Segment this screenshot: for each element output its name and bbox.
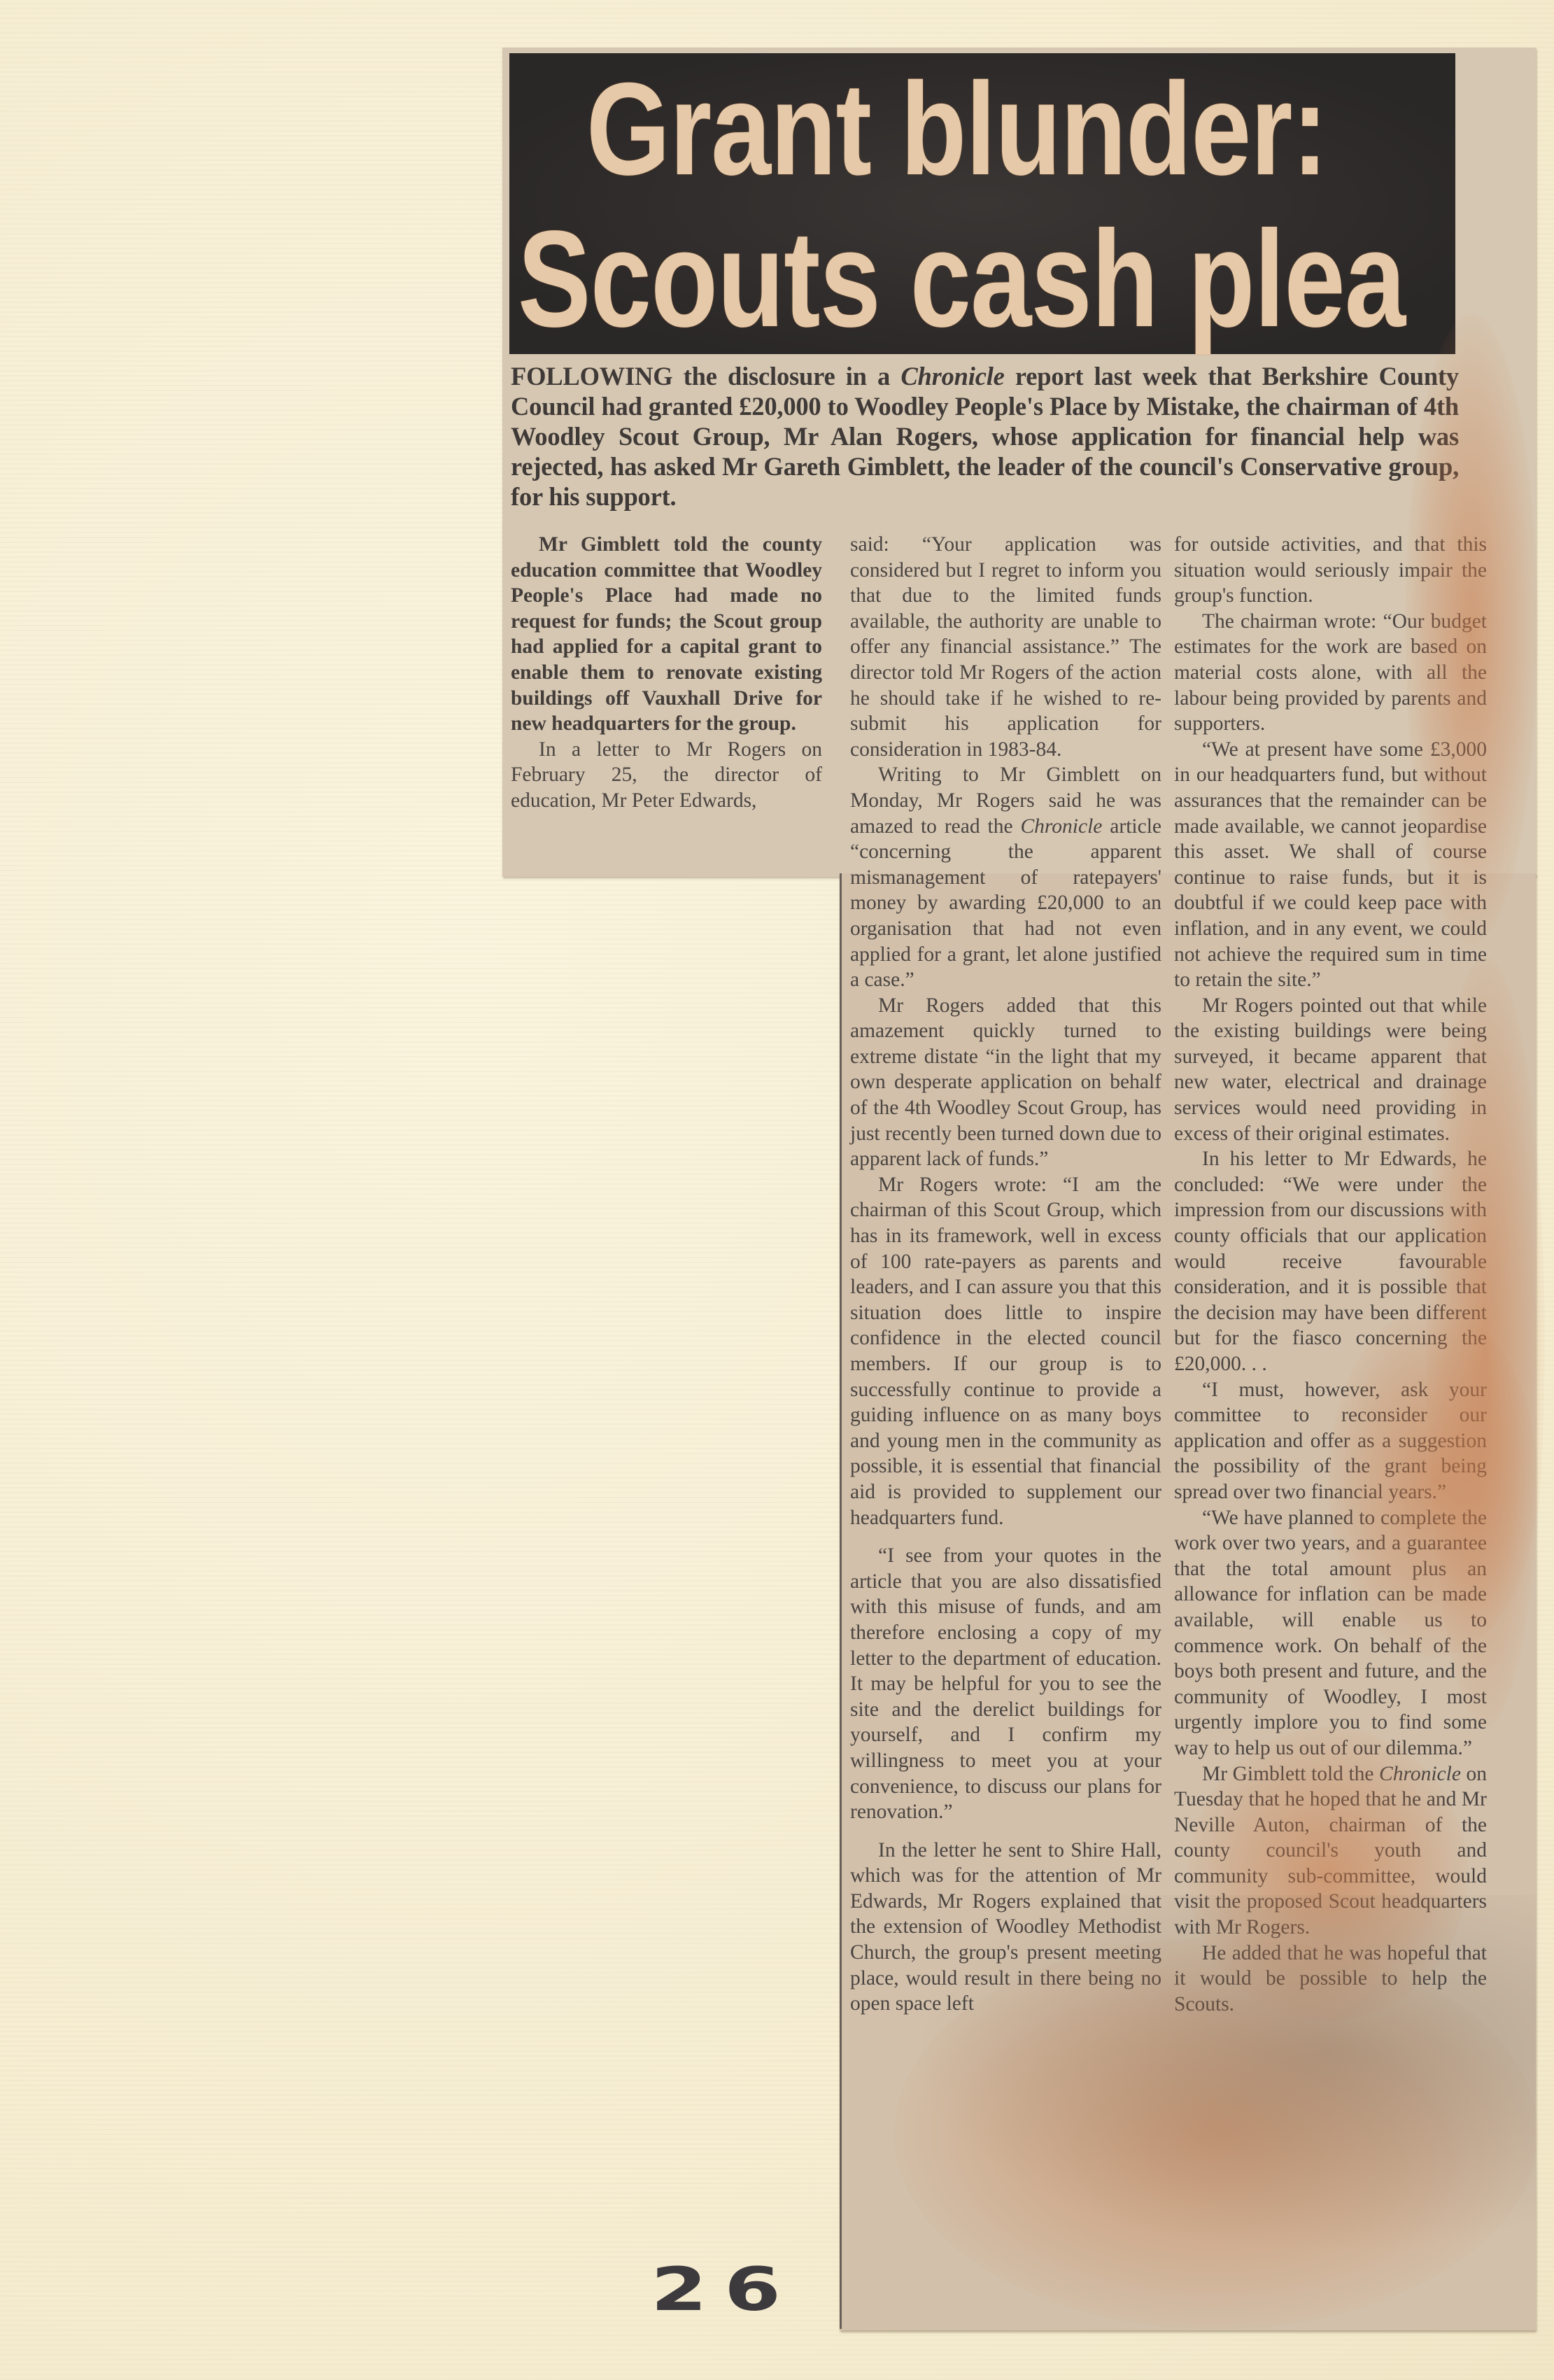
headline-box: Grant blunder: Scouts cash plea [509,53,1455,354]
column-rule [840,873,842,2329]
paragraph: said: “Your application was considered b… [850,532,1161,762]
article-column-1: Mr Gimblett told the county education co… [511,532,822,814]
standfirst-text-a: FOLLOWING the disclosure in a [511,362,900,390]
paragraph: In his letter to Mr Edwards, he conclude… [1174,1146,1487,1376]
article-column-3: for outside activities, and that this si… [1174,532,1487,2017]
paragraph: Mr Gimblett told the county education co… [511,532,822,737]
paragraph-text: Mr Gimblett told the [1202,1763,1379,1785]
paragraph: He added that he was hopeful that it wou… [1174,1941,1487,2018]
standfirst: FOLLOWING the disclosure in a Chronicle … [511,361,1459,512]
paragraph: Mr Rogers pointed out that while the exi… [1174,993,1487,1147]
publication-name: Chronicle [1379,1763,1461,1785]
publication-name: Chronicle [1020,815,1102,838]
paragraph: Mr Rogers wrote: “I am the chairman of t… [850,1172,1161,1530]
headline-line-1: Grant blunder: [586,59,1362,199]
page-number: 26 [651,2255,798,2325]
paragraph: The chairman wrote: “Our budget estimate… [1174,609,1487,737]
paragraph: In a letter to Mr Rogers on February 25,… [511,737,822,814]
paragraph: “I must, however, ask your committee to … [1174,1377,1487,1505]
paragraph: Mr Gimblett told the Chronicle on Tuesda… [1174,1761,1487,1941]
article-column-2: said: “Your application was considered b… [850,532,1161,2017]
paragraph-text: on Tuesday that he hoped that he and Mr … [1174,1763,1487,1939]
standfirst-publication-name: Chronicle [900,362,1004,390]
paragraph: Mr Rogers added that this amazement quic… [850,993,1161,1172]
headline-line-2: Scouts cash plea [518,207,1275,351]
paragraph: for outside activities, and that this si… [1174,532,1487,609]
paragraph: “I see from your quotes in the article t… [850,1543,1161,1825]
paragraph-text: article “concerning the apparent mismana… [850,815,1161,992]
newspaper-clipping: Grant blunder: Scouts cash plea FOLLOWIN… [502,48,1536,2330]
paragraph: In the letter he sent to Shire Hall, whi… [850,1838,1161,2017]
paragraph: Writing to Mr Gimblett on Monday, Mr Rog… [850,762,1161,992]
paragraph: “We have planned to complete the work ov… [1174,1505,1487,1761]
paragraph: “We at present have some £3,000 in our h… [1174,737,1487,993]
